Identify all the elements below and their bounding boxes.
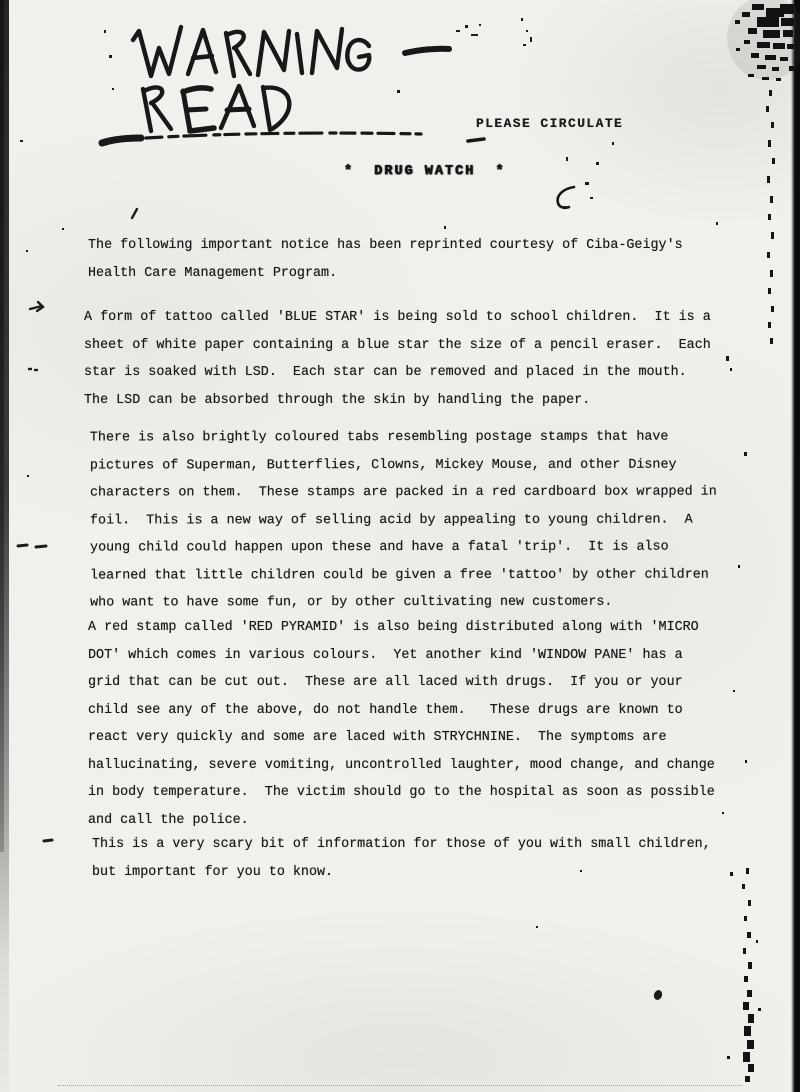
paragraph-red-pyramid: A red stamp called 'RED PYRAMID' is also…	[88, 614, 748, 834]
text-line: learned that little children could be gi…	[90, 561, 750, 589]
text-line: who want to have some fun, or by other c…	[90, 589, 750, 617]
text-line: The LSD can be absorbed through the skin…	[84, 387, 744, 415]
text-line: grid that can be cut out. These are all …	[88, 669, 748, 697]
text-line: in body temperature. The victim should g…	[88, 779, 748, 807]
text-line: but important for you to know.	[92, 859, 752, 887]
paragraph-stamps: There is also brightly coloured tabs res…	[90, 424, 750, 617]
text-line: young child could happen upon these and …	[90, 534, 750, 562]
text-line: star is soaked with LSD. Each star can b…	[84, 359, 744, 387]
scan-bottom-edge-dots	[58, 1085, 742, 1086]
scanned-document-page: WARNING — READ	[0, 0, 800, 1092]
text-line: A red stamp called 'RED PYRAMID' is also…	[88, 614, 748, 642]
scan-edge-right-strip	[791, 0, 800, 1092]
text-line: This is a very scary bit of information …	[92, 831, 752, 859]
scan-edge-left-strip	[0, 0, 9, 1092]
text-line: foil. This is a new way of selling acid …	[90, 506, 750, 534]
text-line: Health Care Management Program.	[88, 260, 748, 288]
text-line: characters on them. These stamps are pac…	[90, 479, 750, 507]
text-line: There is also brightly coloured tabs res…	[90, 424, 750, 452]
text-line: child see any of the above, do not handl…	[88, 697, 748, 725]
text-line: pictures of Superman, Butterflies, Clown…	[90, 451, 750, 479]
text-line: DOT' which comes in various colours. Yet…	[88, 642, 748, 670]
drug-watch-heading: * DRUG WATCH *	[344, 164, 506, 179]
hook-smudge	[558, 187, 574, 208]
text-line: A form of tattoo called 'BLUE STAR' is b…	[84, 304, 744, 332]
paragraph-closing: This is a very scary bit of information …	[92, 831, 752, 886]
please-circulate-note: PLEASE CIRCULATE	[476, 116, 623, 131]
text-line: The following important notice has been …	[88, 232, 748, 260]
text-line: and call the police.	[88, 807, 748, 835]
text-line: hallucinating, severe vomiting, uncontro…	[88, 752, 748, 780]
paragraph-blue-star: A form of tattoo called 'BLUE STAR' is b…	[84, 304, 744, 414]
text-line: react very quickly and some are laced wi…	[88, 724, 748, 752]
toner-blob-top-right	[727, 0, 800, 81]
speckle-line-lower-right	[727, 868, 761, 1082]
text-line: sheet of white paper containing a blue s…	[84, 332, 744, 360]
paragraph-intro: The following important notice has been …	[88, 232, 748, 287]
